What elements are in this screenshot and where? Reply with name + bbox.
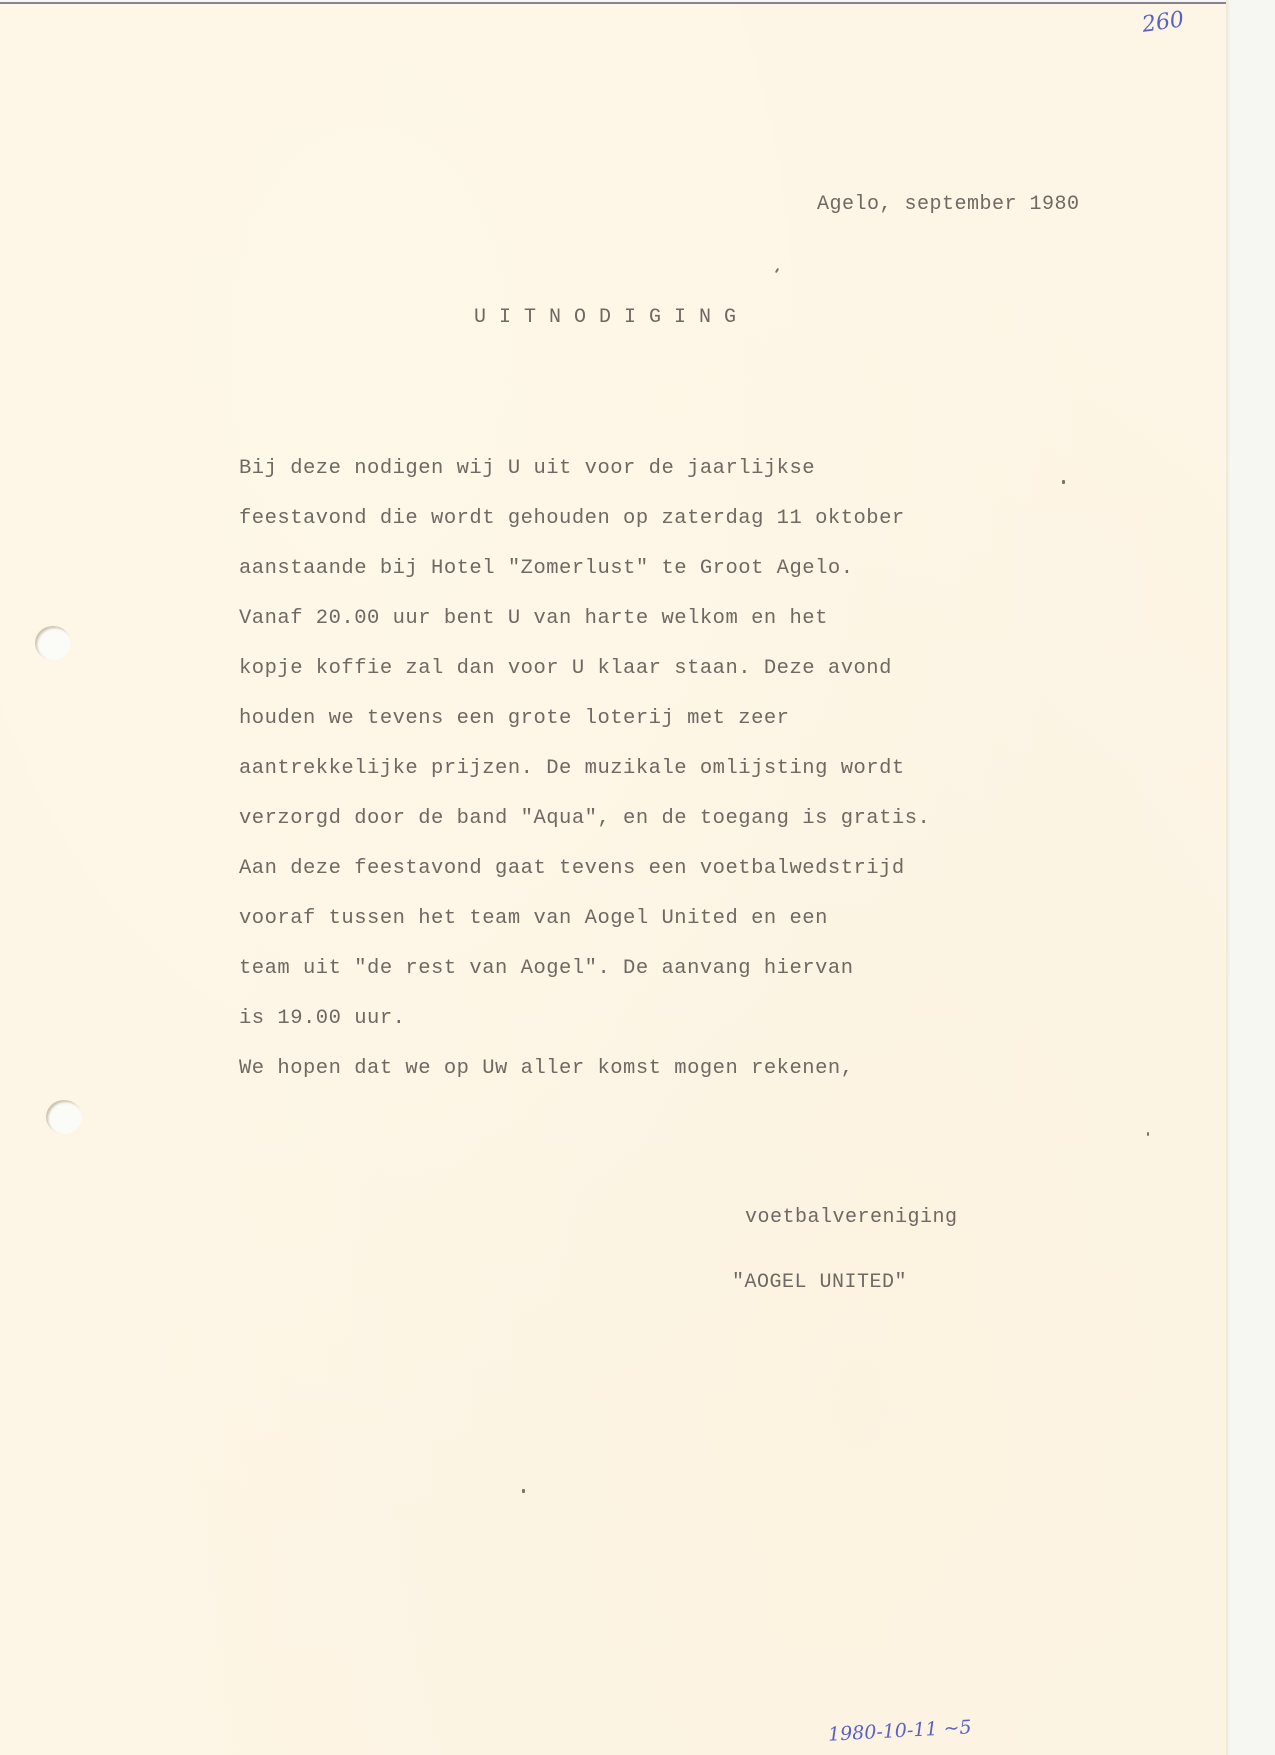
paper-mark [1147,1132,1149,1136]
signature-organization: voetbalvereniging [745,1208,958,1228]
paper-right-edge [1226,0,1230,1755]
punch-hole-lower [46,1100,82,1134]
body-line: team uit "de rest van Aogel". De aanvang… [239,959,854,980]
body-line: aantrekkelijke prijzen. De muzikale omli… [239,759,905,780]
scanned-document: 260 Agelo, september 1980 U I T N O D I … [0,0,1275,1755]
paper-sheet: 260 Agelo, september 1980 U I T N O D I … [0,2,1228,1755]
handwritten-page-number: 260 [1140,7,1185,38]
body-line: verzorgd door de band "Aqua", en de toeg… [239,809,930,830]
body-line: Vanaf 20.00 uur bent U van harte welkom … [239,609,828,630]
body-line: Aan deze feestavond gaat tevens een voet… [239,859,905,880]
body-line: vooraf tussen het team van Aogel United … [239,909,828,930]
document-title: U I T N O D I G I N G [474,308,737,328]
paper-top-edge [0,2,1228,4]
paper-mark [522,1489,525,1493]
handwritten-archive-date: 1980-10-11 ~5 [828,1716,973,1745]
body-line: is 19.00 uur. [239,1009,405,1030]
body-line: feestavond die wordt gehouden op zaterda… [239,509,905,530]
punch-hole-upper [35,626,71,660]
body-line: Bij deze nodigen wij U uit voor de jaarl… [239,459,815,480]
body-line: houden we tevens een grote loterij met z… [239,709,790,730]
place-date: Agelo, september 1980 [817,195,1080,215]
body-line: aanstaande bij Hotel "Zomerlust" te Groo… [239,559,854,580]
paper-mark [775,268,779,273]
paper-mark [1062,480,1065,484]
body-line: We hopen dat we op Uw aller komst mogen … [239,1059,854,1080]
body-line: kopje koffie zal dan voor U klaar staan.… [239,659,892,680]
signature-club-name: "AOGEL UNITED" [732,1273,907,1293]
